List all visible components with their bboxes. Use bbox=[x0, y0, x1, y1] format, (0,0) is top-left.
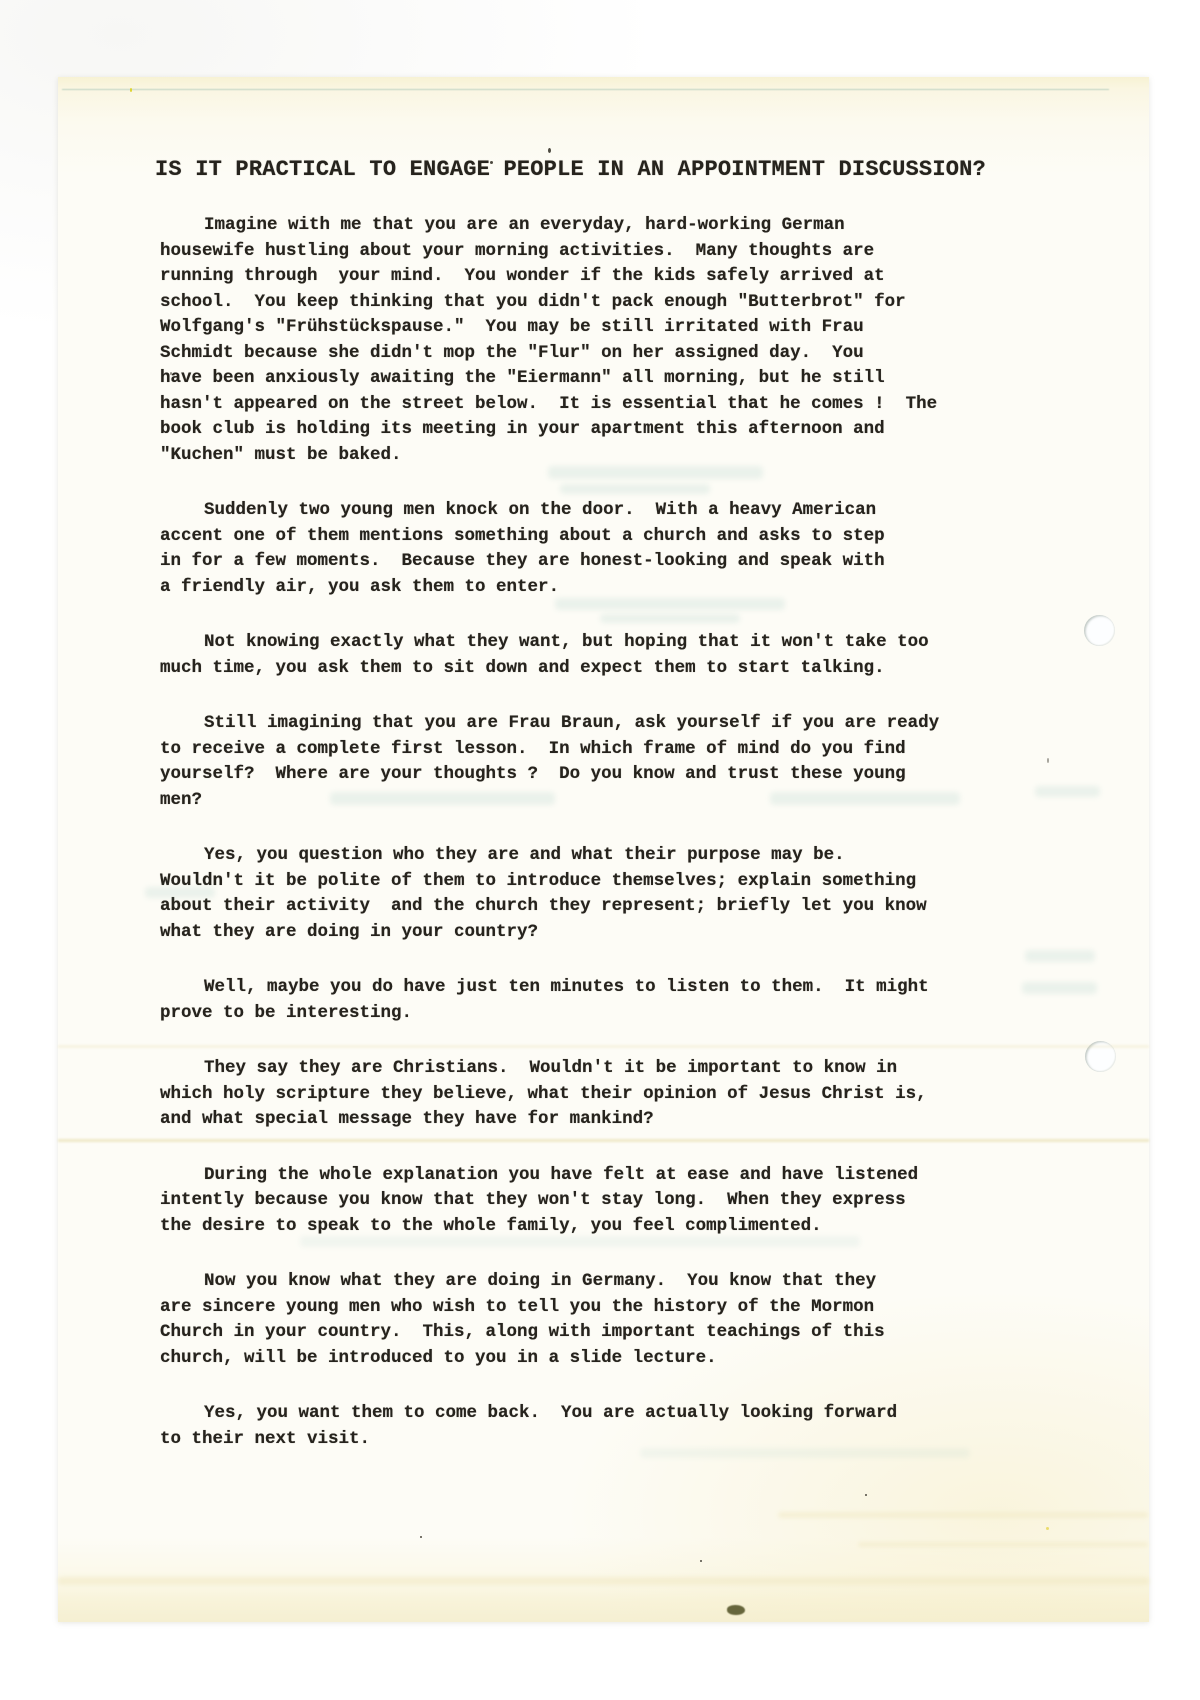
bleed-through-mark bbox=[555, 598, 785, 610]
paper-streak bbox=[778, 1512, 1148, 1518]
dust-speck bbox=[1047, 758, 1049, 763]
dust-speck bbox=[420, 1536, 422, 1538]
bleed-through-mark bbox=[1035, 786, 1100, 797]
dust-speck bbox=[865, 1494, 867, 1496]
paragraph-9: Now you know what they are doing in Germ… bbox=[160, 1269, 980, 1371]
paragraph-5: Yes, you question who they are and what … bbox=[160, 843, 980, 945]
bleed-through-mark bbox=[330, 792, 555, 805]
bleed-through-mark bbox=[145, 887, 215, 898]
ink-smudge bbox=[727, 1605, 745, 1615]
dust-speck bbox=[700, 1560, 702, 1562]
paragraph-1: Imagine with me that you are an everyday… bbox=[160, 213, 980, 468]
dust-speck bbox=[490, 161, 493, 164]
paragraph-3: Not knowing exactly what they want, but … bbox=[160, 630, 980, 681]
bleed-through-mark bbox=[560, 484, 710, 494]
dust-speck bbox=[548, 148, 551, 153]
paragraph-6: Well, maybe you do have just ten minutes… bbox=[160, 975, 980, 1026]
bleed-through-mark bbox=[1022, 982, 1097, 994]
dust-speck bbox=[1046, 1527, 1049, 1530]
dust-speck bbox=[170, 372, 172, 375]
paragraph-2: Suddenly two young men knock on the door… bbox=[160, 498, 980, 600]
paragraph-10: Yes, you want them to come back. You are… bbox=[160, 1401, 980, 1452]
bleed-through-mark bbox=[640, 1448, 970, 1458]
paper-streak bbox=[858, 1542, 1148, 1547]
paragraph-7: They say they are Christians. Wouldn't i… bbox=[160, 1056, 980, 1133]
bleed-through-mark bbox=[770, 792, 960, 805]
bleed-through-mark bbox=[300, 1236, 860, 1247]
bleed-through-mark bbox=[600, 614, 740, 623]
document-page: IS IT PRACTICAL TO ENGAGE PEOPLE IN AN A… bbox=[58, 77, 1149, 1622]
paper-crease bbox=[58, 1139, 1149, 1142]
bleed-through-mark bbox=[1025, 950, 1095, 962]
document-title: IS IT PRACTICAL TO ENGAGE PEOPLE IN AN A… bbox=[155, 157, 986, 182]
document-body: Imagine with me that you are an everyday… bbox=[160, 213, 980, 1482]
paragraph-8: During the whole explanation you have fe… bbox=[160, 1163, 980, 1240]
paper-streak bbox=[58, 1577, 1149, 1585]
dust-speck bbox=[130, 88, 132, 92]
scan-edge-hairline bbox=[62, 89, 1109, 90]
scanner-background: IS IT PRACTICAL TO ENGAGE PEOPLE IN AN A… bbox=[0, 0, 1200, 1700]
bleed-through-mark bbox=[548, 466, 763, 479]
paper-crease bbox=[58, 1045, 1149, 1048]
punch-hole-top bbox=[1084, 615, 1115, 646]
